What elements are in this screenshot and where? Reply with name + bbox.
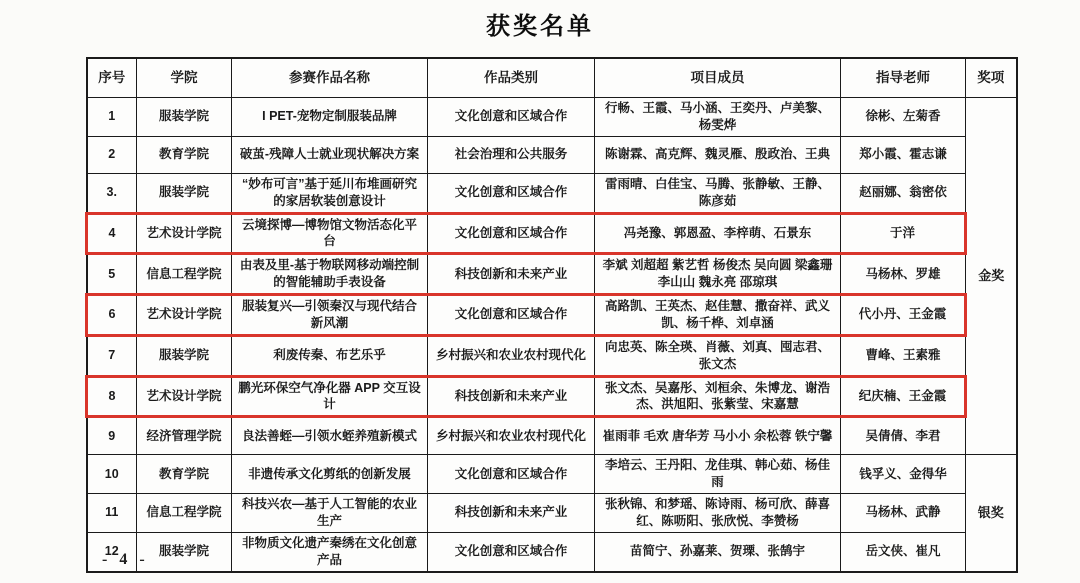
cell-college: 信息工程学院	[137, 494, 232, 533]
cell-category: 文化创意和区域合作	[428, 455, 595, 494]
cell-college: 服装学院	[137, 173, 232, 213]
cell-index: 7	[87, 335, 137, 376]
cell-work: I PET-宠物定制服装品牌	[232, 98, 428, 137]
table-row: 11 信息工程学院 科技兴农—基于人工智能的农业生产 科技创新和未来产业 张秋锦…	[87, 494, 1017, 533]
table-row: 3. 服装学院 “妙布可言”基于延川布堆画研究的家居软装创意设计 文化创意和区域…	[87, 173, 1017, 213]
cell-members: 高路凯、王英杰、赵佳慧、撒奋祥、武义凯、杨千桦、刘卓涵	[595, 295, 841, 336]
cell-advisors: 纪庆楠、王金霞	[841, 376, 966, 417]
cell-advisors: 钱孚义、金得华	[841, 455, 966, 494]
cell-work: 科技兴农—基于人工智能的农业生产	[232, 494, 428, 533]
page-number: - 4 -	[102, 551, 149, 569]
cell-category: 文化创意和区域合作	[428, 173, 595, 213]
cell-advisors: 岳文侠、崔凡	[841, 532, 966, 571]
cell-work: 服装复兴—引领秦汉与现代结合新风潮	[232, 295, 428, 336]
cell-college: 艺术设计学院	[137, 213, 232, 254]
cell-advisors: 代小丹、王金霞	[841, 295, 966, 336]
cell-advisors: 马杨林、罗雄	[841, 254, 966, 295]
cell-advisors: 马杨林、武静	[841, 494, 966, 533]
cell-index: 3.	[87, 173, 137, 213]
cell-category: 科技创新和未来产业	[428, 376, 595, 417]
table-header: 序号 学院 参赛作品名称 作品类别 项目成员 指导老师 奖项	[87, 58, 1017, 98]
cell-category: 科技创新和未来产业	[428, 254, 595, 295]
cell-category: 文化创意和区域合作	[428, 532, 595, 571]
header-members: 项目成员	[595, 58, 841, 98]
cell-category: 乡村振兴和农业农村现代化	[428, 335, 595, 376]
cell-category: 文化创意和区域合作	[428, 98, 595, 137]
table-row: 10 教育学院 非遗传承文化剪纸的创新发展 文化创意和区域合作 李培云、王丹阳、…	[87, 455, 1017, 494]
cell-college: 教育学院	[137, 455, 232, 494]
cell-members: 陈谢霖、高克辉、魏灵雁、殷政治、王典	[595, 136, 841, 173]
header-category: 作品类别	[428, 58, 595, 98]
cell-college: 信息工程学院	[137, 254, 232, 295]
cell-award-silver: 银奖	[966, 455, 1017, 572]
cell-members: 李斌 刘超超 紫艺哲 杨俊杰 吴向圆 梁鑫珊 李山山 魏永亮 邵琼琪	[595, 254, 841, 295]
cell-college: 艺术设计学院	[137, 295, 232, 336]
header-advisors: 指导老师	[841, 58, 966, 98]
table-row: 12 服装学院 非物质文化遗产秦绣在文化创意产品 文化创意和区域合作 苗简宁、孙…	[87, 532, 1017, 571]
cell-work: 良法善蛭—引领水蛭养殖新模式	[232, 417, 428, 455]
cell-members: 行畅、王霞、马小涵、王奕丹、卢美黎、杨雯烨	[595, 98, 841, 137]
cell-category: 乡村振兴和农业农村现代化	[428, 417, 595, 455]
cell-work: 非物质文化遗产秦绣在文化创意产品	[232, 532, 428, 571]
cell-members: 冯尧豫、郭恩盈、李梓萌、石景东	[595, 213, 841, 254]
cell-category: 文化创意和区域合作	[428, 213, 595, 254]
cell-index: 10	[87, 455, 137, 494]
cell-index: 8	[87, 376, 137, 417]
cell-college: 服装学院	[137, 335, 232, 376]
scanned-page: 获奖名单 序号 学院 参赛作品名称 作品类别 项目成员 指导老师 奖项 1 服装…	[0, 0, 1080, 583]
cell-members: 苗简宁、孙嘉莱、贺瑮、张鹄宇	[595, 532, 841, 571]
cell-members: 李培云、王丹阳、龙佳琪、韩心茹、杨佳雨	[595, 455, 841, 494]
cell-index: 2	[87, 136, 137, 173]
table-row: 1 服装学院 I PET-宠物定制服装品牌 文化创意和区域合作 行畅、王霞、马小…	[87, 98, 1017, 137]
cell-category: 社会治理和公共服务	[428, 136, 595, 173]
cell-college: 教育学院	[137, 136, 232, 173]
cell-members: 雷雨晴、白佳宝、马腾、张静敏、王静、陈彦茹	[595, 173, 841, 213]
cell-members: 张秋锦、和梦瑶、陈诗雨、杨可欣、薛喜红、陈呖阳、张欣悦、李赞杨	[595, 494, 841, 533]
page-title: 获奖名单	[0, 6, 1080, 41]
cell-advisors: 吴倩倩、李君	[841, 417, 966, 455]
cell-advisors: 徐彬、左菊香	[841, 98, 966, 137]
table-row: 9 经济管理学院 良法善蛭—引领水蛭养殖新模式 乡村振兴和农业农村现代化 崔雨菲…	[87, 417, 1017, 455]
cell-work: 利废传秦、布艺乐乎	[232, 335, 428, 376]
cell-college: 服装学院	[137, 98, 232, 137]
cell-members: 张文杰、吴嘉彤、刘桓余、朱博龙、谢浩杰、洪旭阳、张紫莹、宋嘉慧	[595, 376, 841, 417]
cell-work: 非遗传承文化剪纸的创新发展	[232, 455, 428, 494]
header-college: 学院	[137, 58, 232, 98]
cell-index: 11	[87, 494, 137, 533]
cell-work: 破茧-残障人士就业现状解决方案	[232, 136, 428, 173]
cell-index: 5	[87, 254, 137, 295]
table-row-highlighted: 6 艺术设计学院 服装复兴—引领秦汉与现代结合新风潮 文化创意和区域合作 高路凯…	[87, 295, 1017, 336]
header-award: 奖项	[966, 58, 1017, 98]
cell-index: 6	[87, 295, 137, 336]
cell-award-gold: 金奖	[966, 98, 1017, 455]
table-row: 7 服装学院 利废传秦、布艺乐乎 乡村振兴和农业农村现代化 向忠英、陈全瑛、肖薇…	[87, 335, 1017, 376]
cell-category: 文化创意和区域合作	[428, 295, 595, 336]
cell-index: 9	[87, 417, 137, 455]
cell-index: 4	[87, 213, 137, 254]
cell-members: 向忠英、陈全瑛、肖薇、刘真、囤志君、张文杰	[595, 335, 841, 376]
table-row: 2 教育学院 破茧-残障人士就业现状解决方案 社会治理和公共服务 陈谢霖、高克辉…	[87, 136, 1017, 173]
cell-work: 鹏光环保空气净化器 APP 交互设计	[232, 376, 428, 417]
header-index: 序号	[87, 58, 137, 98]
cell-category: 科技创新和未来产业	[428, 494, 595, 533]
cell-college: 艺术设计学院	[137, 376, 232, 417]
cell-advisors: 于洋	[841, 213, 966, 254]
cell-college: 经济管理学院	[137, 417, 232, 455]
table-row-highlighted: 4 艺术设计学院 云境探博—博物馆文物活态化平台 文化创意和区域合作 冯尧豫、郭…	[87, 213, 1017, 254]
cell-advisors: 郑小霞、霍志谦	[841, 136, 966, 173]
cell-members: 崔雨菲 毛欢 唐华芳 马小小 余松蓉 铁宁馨	[595, 417, 841, 455]
header-row: 序号 学院 参赛作品名称 作品类别 项目成员 指导老师 奖项	[87, 58, 1017, 98]
cell-college: 服装学院	[137, 532, 232, 571]
cell-advisors: 曹峰、王素雅	[841, 335, 966, 376]
awards-table: 序号 学院 参赛作品名称 作品类别 项目成员 指导老师 奖项 1 服装学院 I …	[85, 57, 1018, 573]
table-row: 5 信息工程学院 由表及里-基于物联网移动端控制的智能辅助手表设备 科技创新和未…	[87, 254, 1017, 295]
cell-index: 1	[87, 98, 137, 137]
header-work: 参赛作品名称	[232, 58, 428, 98]
table-row-highlighted: 8 艺术设计学院 鹏光环保空气净化器 APP 交互设计 科技创新和未来产业 张文…	[87, 376, 1017, 417]
cell-work: 由表及里-基于物联网移动端控制的智能辅助手表设备	[232, 254, 428, 295]
cell-work: “妙布可言”基于延川布堆画研究的家居软装创意设计	[232, 173, 428, 213]
cell-work: 云境探博—博物馆文物活态化平台	[232, 213, 428, 254]
cell-advisors: 赵丽娜、翁密依	[841, 173, 966, 213]
